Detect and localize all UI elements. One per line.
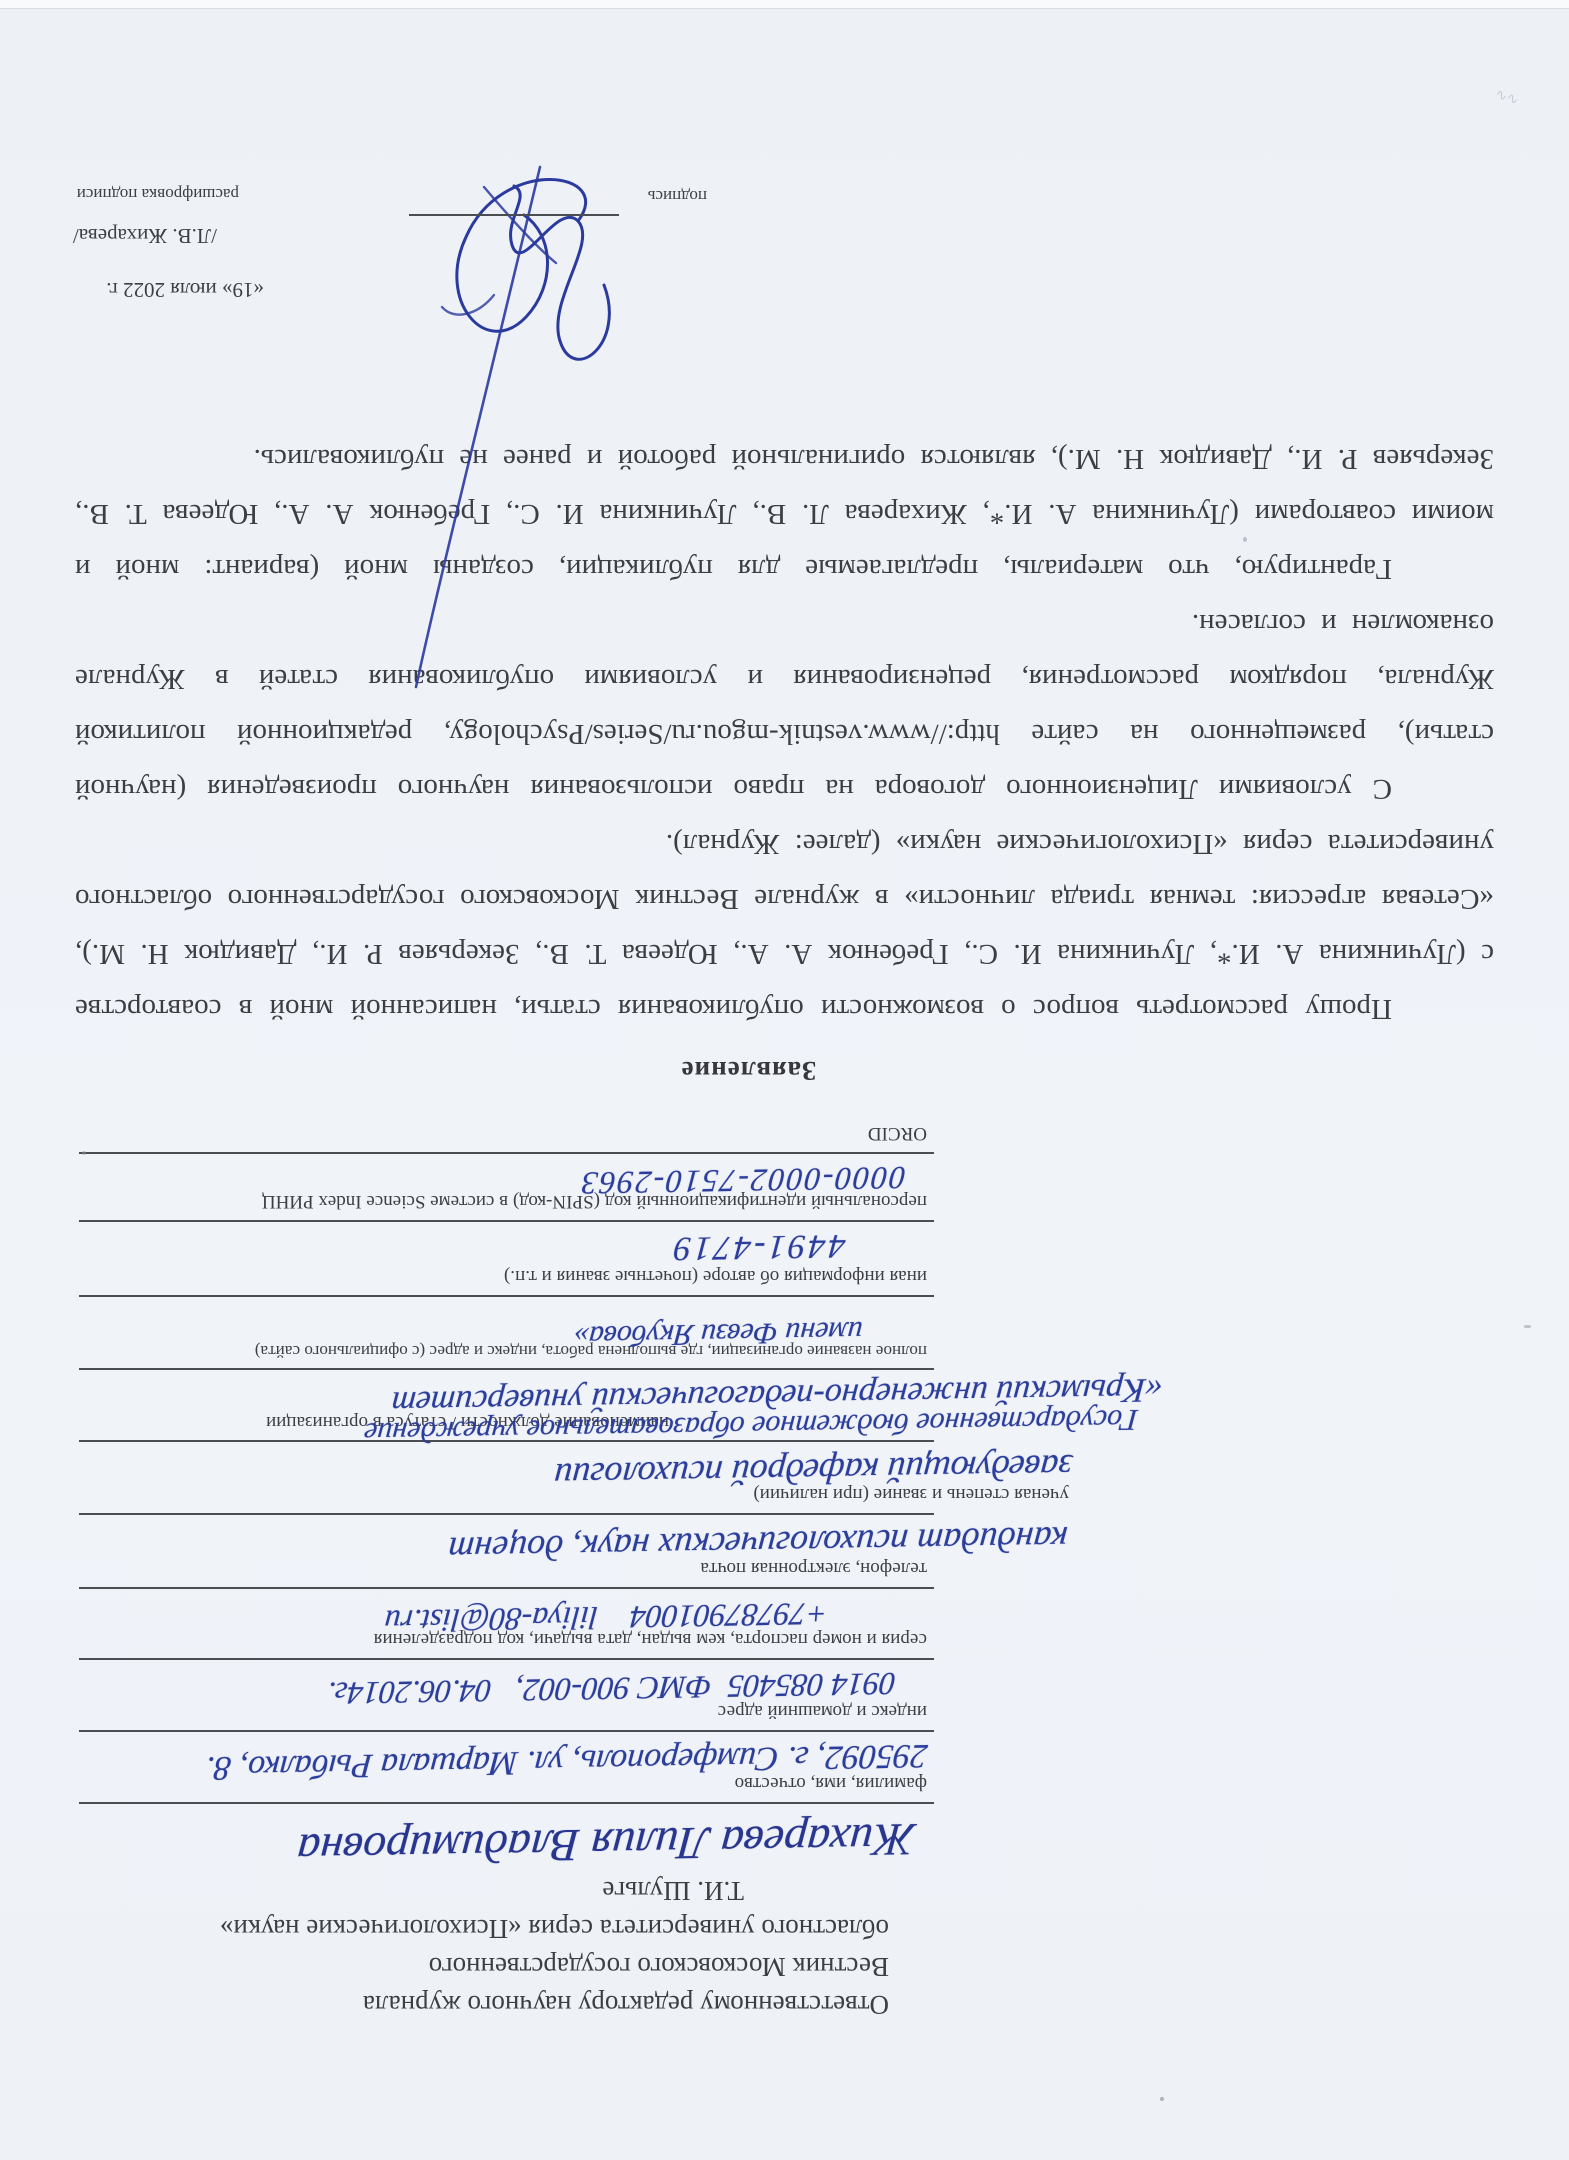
field-underline [79,1295,934,1297]
handwritten-organization-line3: имени Февзи Якубова» [572,1314,864,1353]
body-text: Прошу рассмотреть вопрос о возможности о… [75,431,1494,1036]
handwritten-phone-email: +79787901004 liliya-80@list.ru [383,1595,829,1640]
signature-decode-caption: расшифровка подписи [77,184,239,204]
handwritten-orcid: 0000-0002-7510-2963 [578,1159,907,1202]
field-underline [79,1513,934,1515]
document-title: Заявление [0,1055,1533,1086]
field-label-orcid: ORCID [868,1122,927,1144]
field-label-other-info: иная информация об авторе (почетные зван… [504,1265,927,1287]
recipient-line: Ответственному редактору научного журнал… [129,1986,889,2024]
handwritten-academic-degree: кандидат психологических наук, доцент [446,1518,1069,1571]
handwritten-spin-code: 4491-4719 [669,1226,847,1267]
signature-decoded-name: /Л.В. Жихарева/ [73,223,217,248]
recipient-block: Ответственному редактору научного журнал… [129,1872,889,2024]
paragraph-guarantee: Гарантирую, что материалы, предлагаемые … [75,431,1494,596]
signature-underline [409,214,619,216]
handwritten-full-name: Жихарева Лилия Владимировна [295,1813,917,1877]
field-underline [79,1658,934,1660]
signature-date: «19» июля 2022 г. [106,277,264,302]
field-underline [79,1802,934,1804]
field-underline [79,1587,934,1589]
scanned-document-sheet: Ответственному редактору научного журнал… [0,0,1569,2160]
signature-ink [374,155,674,715]
recipient-line: Вестник Московского государственного [129,1948,889,1986]
field-underline [79,1368,934,1370]
signature-caption: подпись [648,186,707,206]
field-underline [79,1152,934,1154]
recipient-line: областного университета серия «Психологи… [129,1910,889,1948]
recipient-editor-name: Т.И. Шульге [129,1872,744,1910]
field-underline [79,1730,934,1732]
paragraph-license-terms: С условиями Лицензионного договора на пр… [75,596,1494,816]
field-underline [79,1220,934,1222]
paragraph-request: Прошу рассмотреть вопрос о возможности о… [75,816,1494,1036]
scanned-page-background: { "colors": { "paper": "#eef2f7", "print… [0,0,1569,2160]
